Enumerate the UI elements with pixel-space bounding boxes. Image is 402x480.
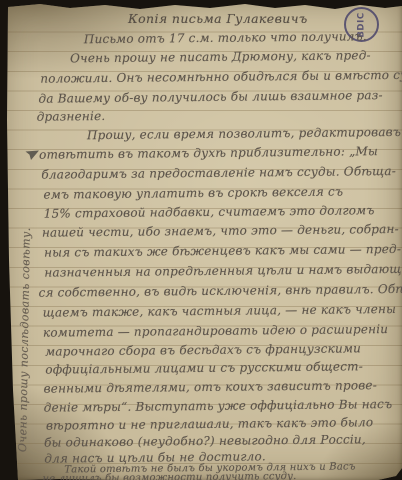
letter-line: не лишилъ бы возможности получить ссуду. [42, 470, 296, 480]
letter-line: ся собственно, въ видѣ исключенія, внѣ п… [38, 282, 402, 300]
letter-line: марочнаго сбора въ бесѣдахъ съ французск… [45, 341, 361, 358]
letter-line: бы одинаково (неудобно?) невыгодно для Р… [44, 432, 366, 449]
letter-line: Прошу, если время позволитъ, редактирова… [87, 125, 401, 142]
letter-line: Очень прошу не писать Дрюмону, какъ пред… [70, 48, 371, 65]
letter-body: Письмо отъ 17 с.м. только что получилъ.О… [0, 0, 402, 480]
letter-line: да Вашему об-ву получилось бы лишь взаим… [38, 88, 382, 106]
letter-line: емъ таковую уплатить въ срокѣ векселя съ [43, 185, 343, 202]
letter-line: назначенныя на опредѣленныя цѣли и намъ … [44, 262, 402, 280]
letter-line: положили. Онъ несомнѣнно обидѣлся бы и в… [40, 68, 402, 86]
letter-line: благодаримъ за предоставленіе намъ ссуды… [41, 164, 396, 182]
letter-line: оффиціальными лицами и съ русскими общес… [45, 359, 363, 376]
letter-line: вѣроятно и не приглашали, такъ какъ это … [46, 415, 373, 432]
letter-line: венными дѣятелями, отъ коихъ зависитъ пр… [43, 378, 377, 395]
letter-line: отвѣтить въ такомъ духѣ приблизительно: … [39, 144, 378, 162]
letter-line: щаемъ также, какъ частныя лица, — не как… [43, 302, 396, 320]
letter-line: Письмо отъ 17 с.м. только что получилъ. [84, 29, 367, 46]
letter-scan: Копія письма Гулакевичъ BDIC Очень прошу… [0, 0, 402, 480]
letter-line: комитета — пропагандировать идею о расши… [43, 322, 388, 340]
letter-line: нашей чести, ибо знаемъ, что это — деньг… [42, 222, 399, 240]
letter-line: ныя съ такихъ же бѣженцевъ какъ мы сами … [44, 242, 401, 260]
letter-line: дразненіе. [37, 109, 106, 124]
letter-line: деніе мѣры“. Выступать уже оффиціально В… [44, 397, 393, 415]
letter-line: 15% страховой надбавки, считаемъ это дол… [44, 203, 375, 220]
